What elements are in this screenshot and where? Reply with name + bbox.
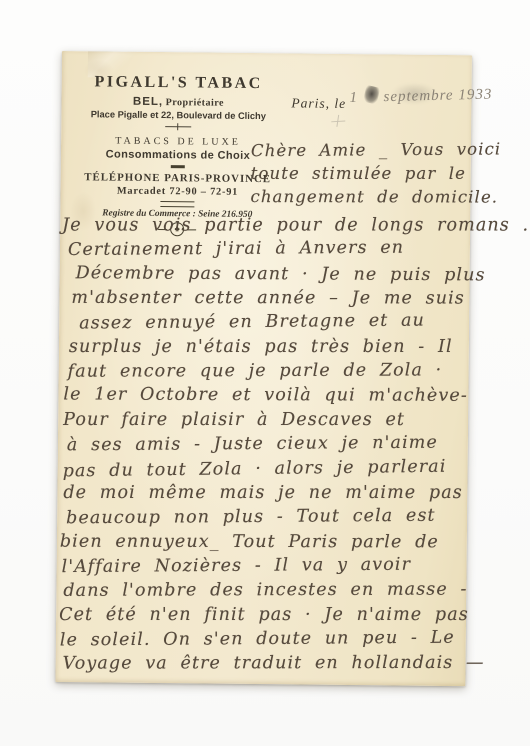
printed-dateline: Paris, le [291, 95, 346, 112]
handwritten-line: Je vous vois partie pour de longs romans… [62, 215, 529, 235]
handwritten-line: Décembre pas avant · Je ne puis plus [76, 263, 486, 285]
handwritten-line: pas du tout Zola · alors je parlerai [63, 456, 447, 481]
handwritten-line: le soleil. On s'en doute un peu - Le [60, 628, 455, 651]
handwritten-line: Chère Amie _ Vous voici [251, 139, 501, 160]
dash-rule-icon [171, 165, 185, 168]
handwritten-line: Cet été n'en finit pas · Je n'aime pas [59, 605, 469, 625]
cross-rule-icon [165, 123, 191, 130]
shop-name: PIGALL'S TABAC [76, 73, 282, 93]
handwritten-line: à ses amis - Juste cieux je n'aime [67, 433, 438, 456]
handwritten-line: toute stimulée par le [251, 164, 466, 183]
handwritten-line: assez ennuyé en Bretagne et au [79, 311, 425, 334]
handwritten-line: de moi même mais je ne m'aime pas [63, 483, 462, 503]
handwritten-line: m'absenter cette année – Je me suis [71, 288, 464, 309]
letter-paper: PIGALL'S TABAC BEL, Propriétaire Place P… [55, 51, 472, 686]
proprietor-title: Propriétaire [166, 97, 225, 109]
shop-address: Place Pigalle et 22, Boulevard de Clichy [75, 109, 281, 121]
handwritten-line: bien ennuyeux_ Tout Paris parle de [60, 531, 439, 552]
handwritten-line: l'Affaire Nozières - Il va y avoir [62, 555, 412, 577]
double-rule-icon [160, 201, 194, 207]
handwritten-line: Voyage va être traduit en hollandais — [63, 653, 485, 674]
handwritten-line: changement de domicile. [250, 187, 498, 206]
handwritten-line: faut encore que je parle de Zola · [68, 360, 443, 381]
handwritten-line: surplus je n'étais pas très bien - Il [69, 337, 453, 357]
pencil-mark [329, 114, 347, 128]
handwritten-line: dans l'ombre des incestes en masse - [63, 580, 467, 601]
handwritten-date-day: 1 [349, 90, 358, 106]
handwritten-line: Certainement j'irai à Anvers en [68, 238, 404, 260]
handwritten-line: beaucoup non plus - Tout cela est [66, 506, 436, 529]
handwritten-line: le 1er Octobre et voilà qui m'achève- [63, 385, 468, 406]
handwritten-date-rest: septembre 1933 [383, 86, 492, 105]
handwritten-line: Pour faire plaisir à Descaves et [63, 410, 405, 430]
proprietor-name: BEL, [133, 96, 163, 108]
proprietor-line: BEL, Propriétaire [75, 95, 281, 109]
